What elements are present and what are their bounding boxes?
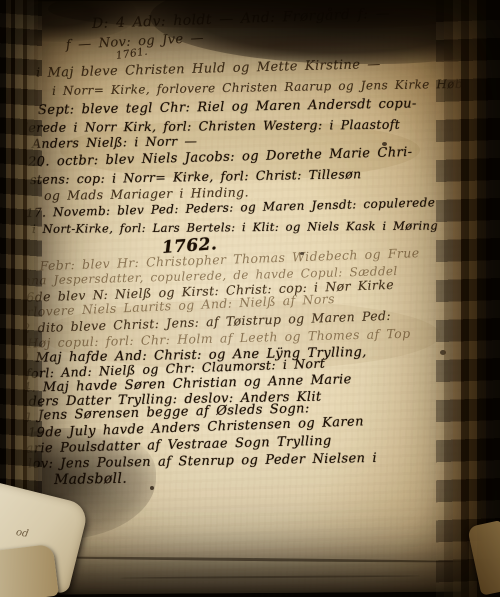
ink-blot [382,142,387,146]
ink-blot [150,486,154,490]
ink-blot [440,350,446,355]
parchment-page [2,0,494,595]
manuscript-photo: D: 4 Adv: holdt — And: Frørgård f: — f —… [0,0,500,597]
ink-blot [300,252,304,255]
